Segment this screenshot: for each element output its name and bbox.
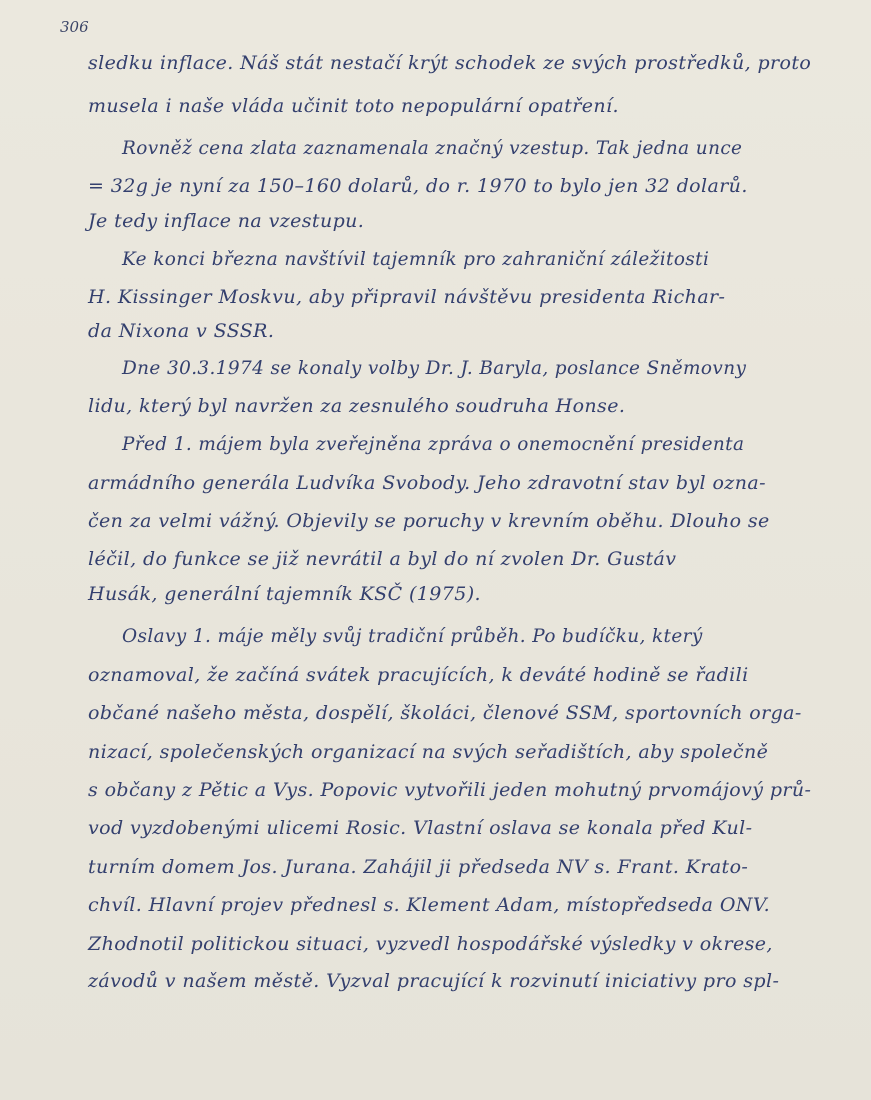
text-line: Husák, generální tajemník KSČ (1975). — [88, 583, 818, 605]
text-line: závodů v našem městě. Vyzval pracující k… — [88, 970, 818, 992]
text-line: armádního generála Ludvíka Svobody. Jeho… — [88, 472, 818, 494]
text-line: nizací, společenských organizací na svýc… — [88, 741, 818, 763]
text-line: občané našeho města, dospělí, školáci, č… — [88, 702, 818, 724]
text-line: H. Kissinger Moskvu, aby připravil návšt… — [88, 286, 818, 308]
text-line: Ke konci března navštívil tajemník pro z… — [122, 248, 830, 270]
text-line: Před 1. májem byla zveřejněna zpráva o o… — [122, 433, 830, 455]
manuscript-page: 306 sledku inflace. Náš stát nestačí krý… — [0, 0, 871, 1100]
text-line: sledku inflace. Náš stát nestačí krýt sc… — [88, 52, 818, 74]
text-line: Zhodnotil politickou situaci, vyzvedl ho… — [88, 933, 818, 955]
text-line: lidu, který byl navržen za zesnulého sou… — [88, 395, 818, 417]
text-line: turním domem Jos. Jurana. Zahájil ji pře… — [88, 856, 818, 878]
text-line: musela i naše vláda učinit toto nepopulá… — [88, 95, 818, 117]
text-line: = 32g je nyní za 150–160 dolarů, do r. 1… — [88, 175, 818, 197]
text-line: Rovněž cena zlata zaznamenala značný vze… — [122, 137, 830, 159]
text-line: Je tedy inflace na vzestupu. — [88, 210, 818, 232]
text-line: čen za velmi vážný. Objevily se poruchy … — [88, 510, 818, 532]
text-line: oznamoval, že začíná svátek pracujících,… — [88, 664, 818, 686]
text-line: s občany z Pětic a Vys. Popovic vytvořil… — [88, 779, 818, 801]
text-line: chvíl. Hlavní projev přednesl s. Klement… — [88, 894, 818, 916]
text-line: vod vyzdobenými ulicemi Rosic. Vlastní o… — [88, 817, 818, 839]
text-line: léčil, do funkce se již nevrátil a byl d… — [88, 548, 818, 570]
text-line: Oslavy 1. máje měly svůj tradiční průběh… — [122, 625, 830, 647]
page-number: 306 — [60, 18, 89, 36]
text-line: da Nixona v SSSR. — [88, 320, 818, 342]
text-line: Dne 30.3.1974 se konaly volby Dr. J. Bar… — [122, 357, 830, 379]
